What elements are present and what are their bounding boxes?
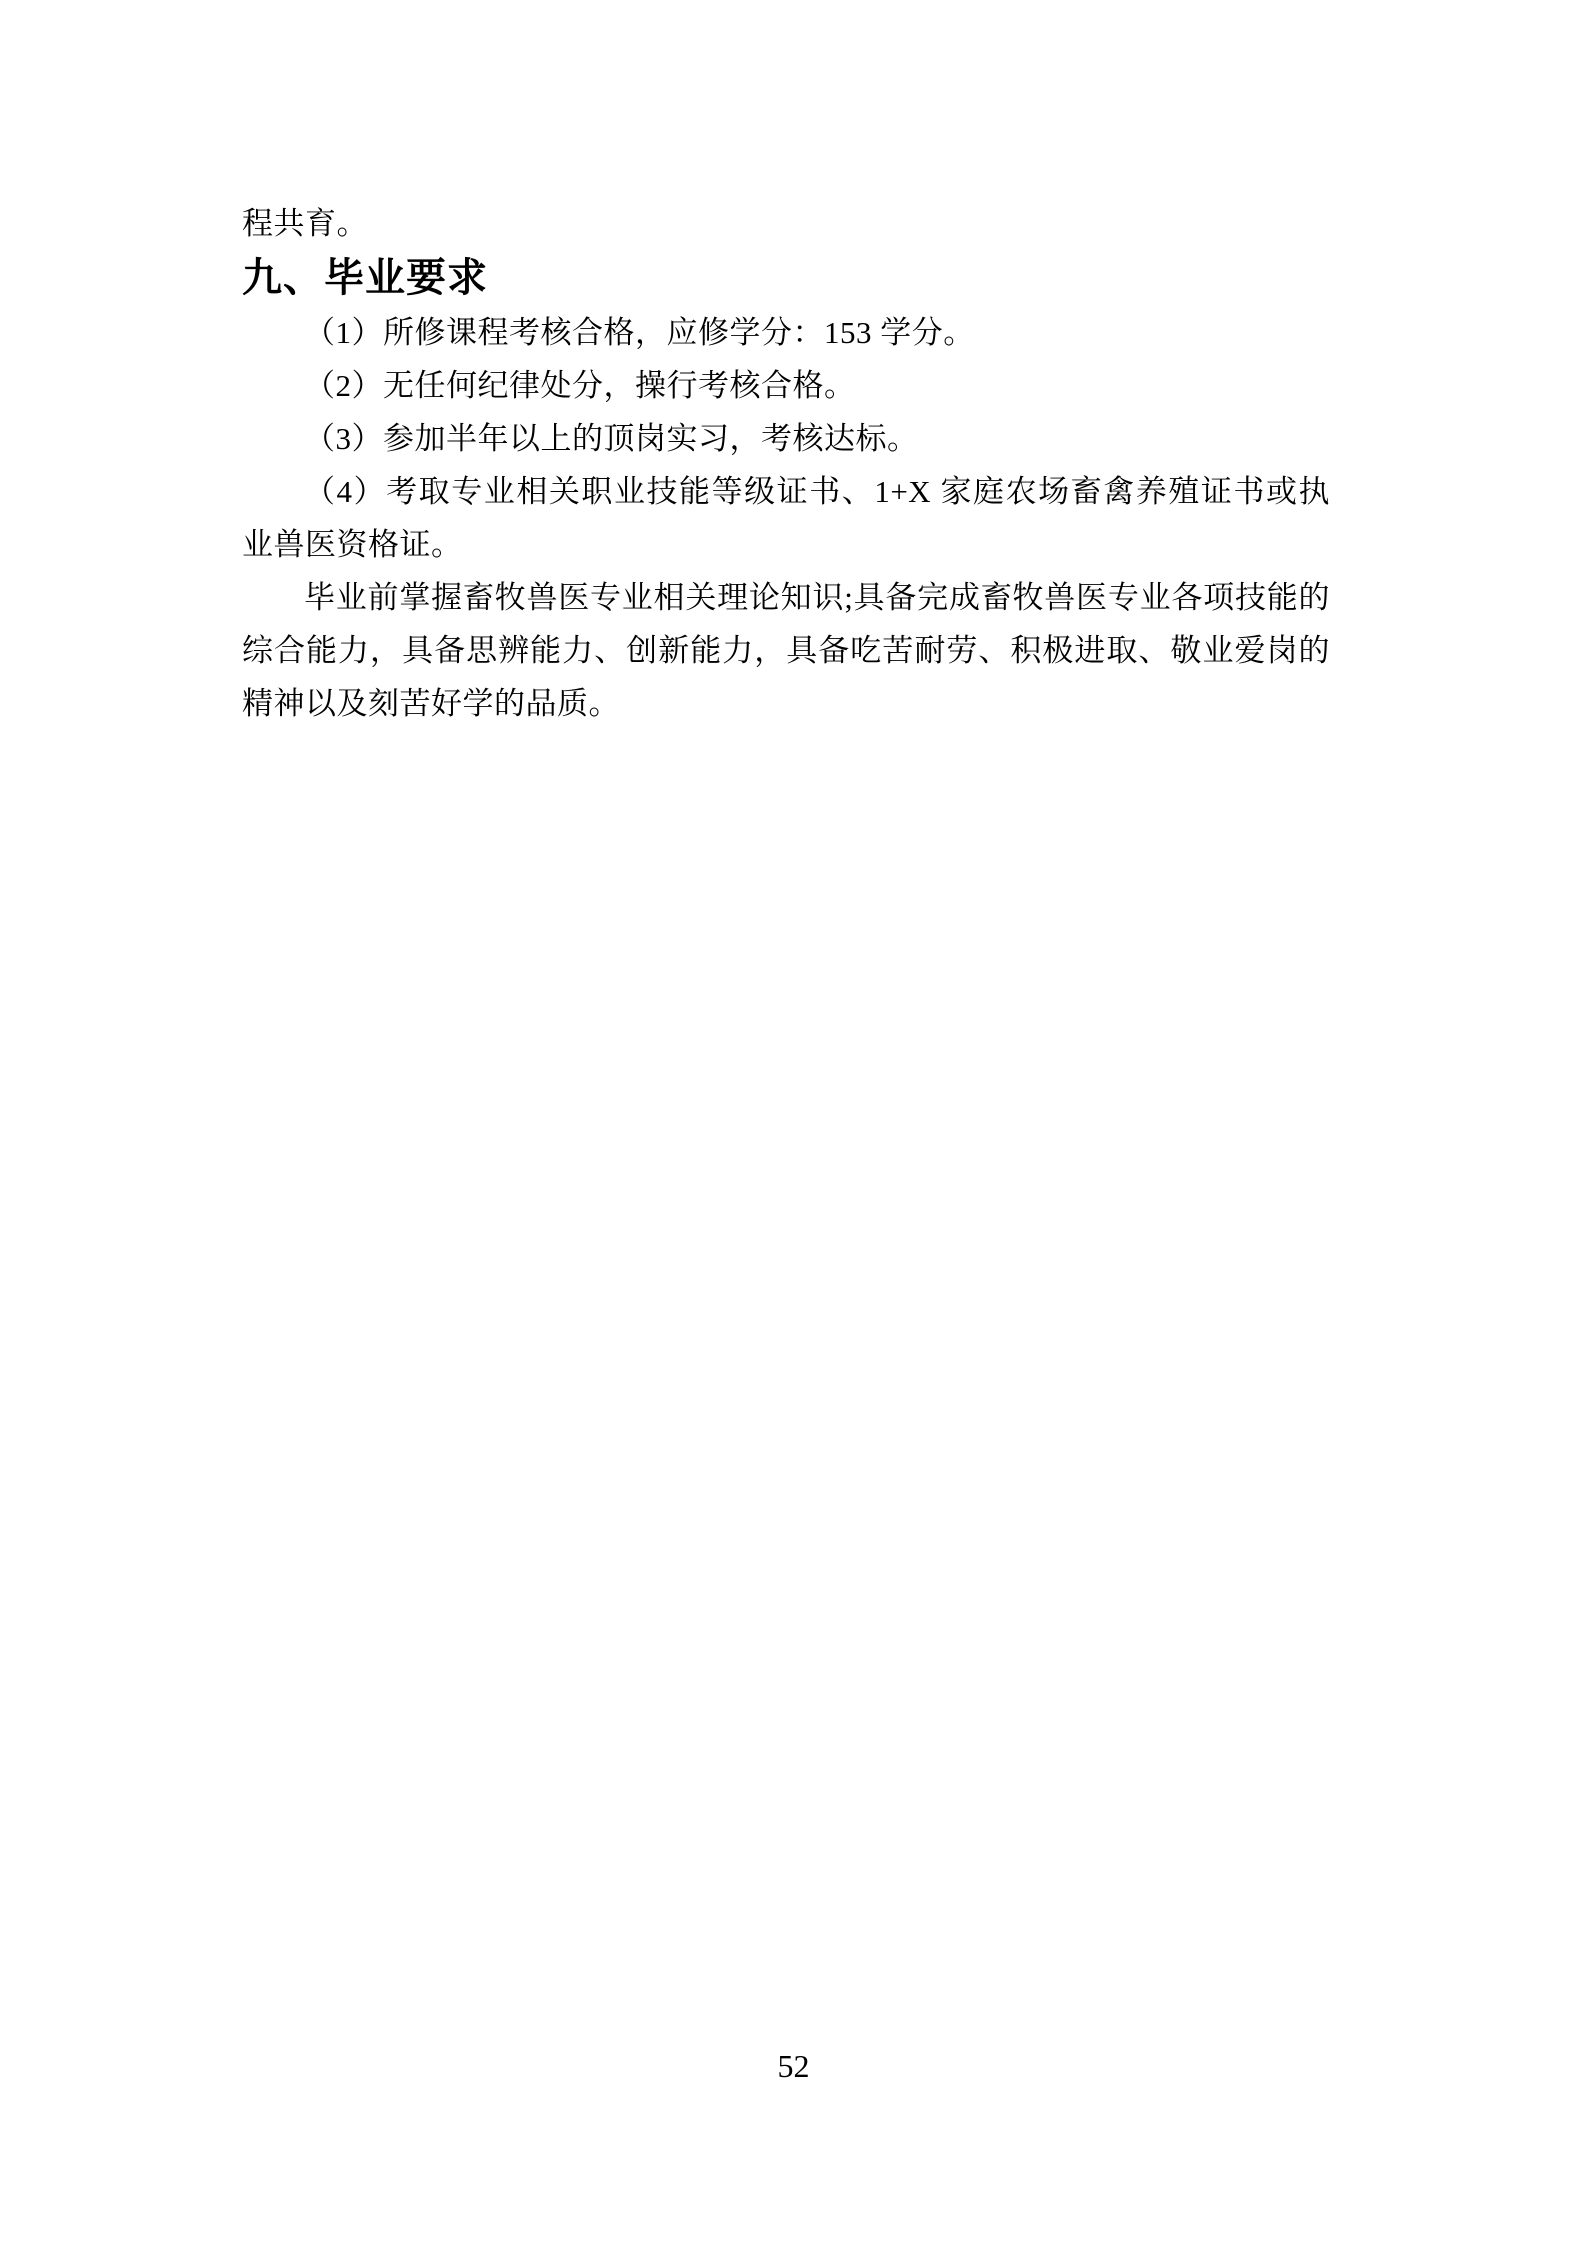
- section-heading-graduation-requirements: 九、毕业要求: [242, 250, 1330, 306]
- requirement-item-4: （4）考取专业相关职业技能等级证书、1+X 家庭农场畜禽养殖证书或执业兽医资格证…: [242, 465, 1330, 571]
- requirement-item-2: （2）无任何纪律处分，操行考核合格。: [242, 359, 1330, 412]
- requirement-item-3: （3）参加半年以上的顶岗实习，考核达标。: [242, 412, 1330, 465]
- document-body: 程共育。 九、毕业要求 （1）所修课程考核合格，应修学分：153 学分。 （2）…: [242, 197, 1330, 730]
- paragraph-continuation: 程共育。: [242, 197, 1330, 250]
- closing-paragraph: 毕业前掌握畜牧兽医专业相关理论知识;具备完成畜牧兽医专业各项技能的综合能力，具备…: [242, 571, 1330, 730]
- requirement-item-1: （1）所修课程考核合格，应修学分：153 学分。: [242, 306, 1330, 359]
- document-page: 程共育。 九、毕业要求 （1）所修课程考核合格，应修学分：153 学分。 （2）…: [0, 0, 1587, 2245]
- page-number: 52: [0, 2046, 1587, 2086]
